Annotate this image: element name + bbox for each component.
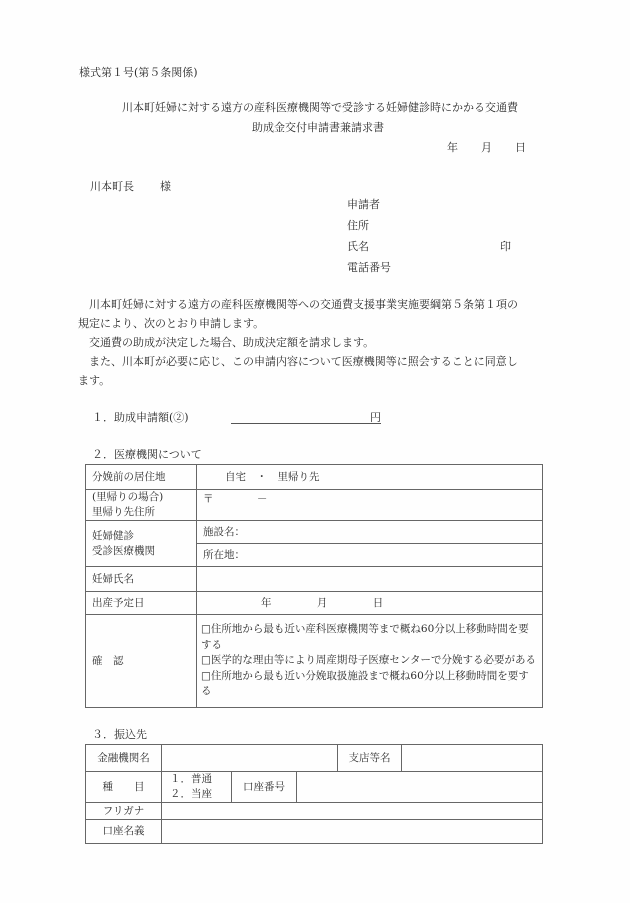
postal-dash: － xyxy=(257,493,268,505)
clinic-label: 妊婦健診 受診医療機関 xyxy=(86,521,197,567)
table-row: (里帰りの場合) 里帰り先住所 〒 － xyxy=(86,490,543,521)
branch-field[interactable] xyxy=(402,745,543,772)
facility-name-field[interactable]: 施設名： xyxy=(197,521,543,544)
addressee-name: 川本町長 xyxy=(90,181,134,192)
applicant-address-label: 住所 xyxy=(347,220,369,231)
account-type-ordinary[interactable]: １．普通 xyxy=(170,772,225,787)
bank-name-label: 金融機関名 xyxy=(86,745,162,772)
declaration-para3-line1: また、川本町が必要に応じ、この申請内容について医療機関等に照会することに同意し xyxy=(78,352,553,371)
table-row: 妊婦氏名 xyxy=(86,567,543,592)
return-address-label: (里帰りの場合) 里帰り先住所 xyxy=(86,490,197,521)
due-date-year: 年 xyxy=(261,597,272,609)
clinic-label-line2: 受診医療機関 xyxy=(92,544,190,559)
seal-mark: 印 xyxy=(500,241,511,252)
account-type-current[interactable]: ２．当座 xyxy=(170,787,225,802)
table-row: 金融機関名 支店等名 xyxy=(86,745,543,772)
medical-institution-table: 分娩前の居住地 自宅 ・ 里帰り先 (里帰りの場合) 里帰り先住所 〒 － 妊婦… xyxy=(85,464,543,708)
bank-transfer-table: 金融機関名 支店等名 種 目 １．普通 ２．当座 口座番号 フリガナ 口座名義 xyxy=(85,744,543,844)
check-item-distance-delivery[interactable]: □住所地から最も近い分娩取扱施設まで概ね60分以上移動時間を要する xyxy=(201,669,538,700)
patient-name-field[interactable] xyxy=(197,567,543,592)
residence-options[interactable]: 自宅 ・ 里帰り先 xyxy=(197,465,543,490)
declaration-text: 川本町妊婦に対する遠方の産科医療機関等への交通費支援事業実施要綱第５条第１項の … xyxy=(78,295,553,390)
declaration-para2: 交通費の助成が決定した場合、助成決定額を請求します。 xyxy=(78,333,553,352)
residence-label: 分娩前の居住地 xyxy=(86,465,197,490)
account-holder-field[interactable] xyxy=(162,820,543,844)
addressee-honorific: 様 xyxy=(160,181,171,192)
account-type-label: 種 目 xyxy=(86,772,162,803)
date-year: 年 xyxy=(447,142,458,153)
medical-section-heading: ２．医療機関について xyxy=(92,449,202,460)
date-month: 月 xyxy=(481,142,492,153)
confirmation-checks: □住所地から最も近い産科医療機関等まで概ね60分以上移動時間を要する □医学的な… xyxy=(197,615,543,708)
form-number: 様式第１号(第５条関係) xyxy=(79,67,198,78)
amount-heading: １．助成申請額(②) xyxy=(92,412,189,423)
furigana-label: フリガナ xyxy=(86,803,162,820)
applicant-phone-label: 電話番号 xyxy=(347,262,391,273)
account-number-label: 口座番号 xyxy=(232,772,297,803)
confirmation-label: 確 認 xyxy=(86,615,197,708)
declaration-para3-line2: ます。 xyxy=(78,371,553,390)
amount-unit: 円 xyxy=(370,412,381,423)
return-address-field[interactable]: 〒 － xyxy=(197,490,543,521)
due-date-day: 日 xyxy=(373,597,384,609)
bank-section-heading: ３．振込先 xyxy=(92,729,147,740)
table-row: 妊婦健診 受診医療機関 施設名： xyxy=(86,521,543,544)
clinic-label-line1: 妊婦健診 xyxy=(92,529,190,544)
table-row: 分娩前の居住地 自宅 ・ 里帰り先 xyxy=(86,465,543,490)
return-address-label-line2: 里帰り先住所 xyxy=(92,505,190,520)
table-row: 種 目 １．普通 ２．当座 口座番号 xyxy=(86,772,543,803)
date-day: 日 xyxy=(515,142,526,153)
account-number-field[interactable] xyxy=(297,772,543,803)
document-title-line1: 川本町妊婦に対する遠方の産科医療機関等で受診する妊婦健診時にかかる交通費 xyxy=(0,102,630,113)
document-title-line2: 助成金交付申請書兼請求書 xyxy=(0,122,630,133)
applicant-label: 申請者 xyxy=(347,199,380,210)
facility-location-field[interactable]: 所在地： xyxy=(197,544,543,567)
furigana-field[interactable] xyxy=(162,803,543,820)
declaration-para1-line1: 川本町妊婦に対する遠方の産科医療機関等への交通費支援事業実施要綱第５条第１項の xyxy=(78,295,553,314)
table-row: 確 認 □住所地から最も近い産科医療機関等まで概ね60分以上移動時間を要する □… xyxy=(86,615,543,708)
branch-label: 支店等名 xyxy=(338,745,402,772)
table-row: フリガナ xyxy=(86,803,543,820)
account-holder-label: 口座名義 xyxy=(86,820,162,844)
due-date-field[interactable]: 年 月 日 xyxy=(197,592,543,615)
table-row: 出産予定日 年 月 日 xyxy=(86,592,543,615)
amount-input-line[interactable] xyxy=(231,423,381,424)
due-date-month: 月 xyxy=(317,597,328,609)
bank-name-field[interactable] xyxy=(162,745,338,772)
check-item-distance-obstetric[interactable]: □住所地から最も近い産科医療機関等まで概ね60分以上移動時間を要する xyxy=(201,622,538,653)
applicant-name-label: 氏名 xyxy=(347,241,369,252)
postal-mark: 〒 xyxy=(203,493,214,505)
declaration-para1-line2: 規定により、次のとおり申請します。 xyxy=(78,314,553,333)
account-type-options[interactable]: １．普通 ２．当座 xyxy=(162,772,232,803)
check-item-medical-reason[interactable]: □医学的な理由等により周産期母子医療センターで分娩する必要がある xyxy=(201,653,538,669)
due-date-label: 出産予定日 xyxy=(86,592,197,615)
patient-name-label: 妊婦氏名 xyxy=(86,567,197,592)
return-address-label-line1: (里帰りの場合) xyxy=(92,490,190,505)
table-row: 口座名義 xyxy=(86,820,543,844)
